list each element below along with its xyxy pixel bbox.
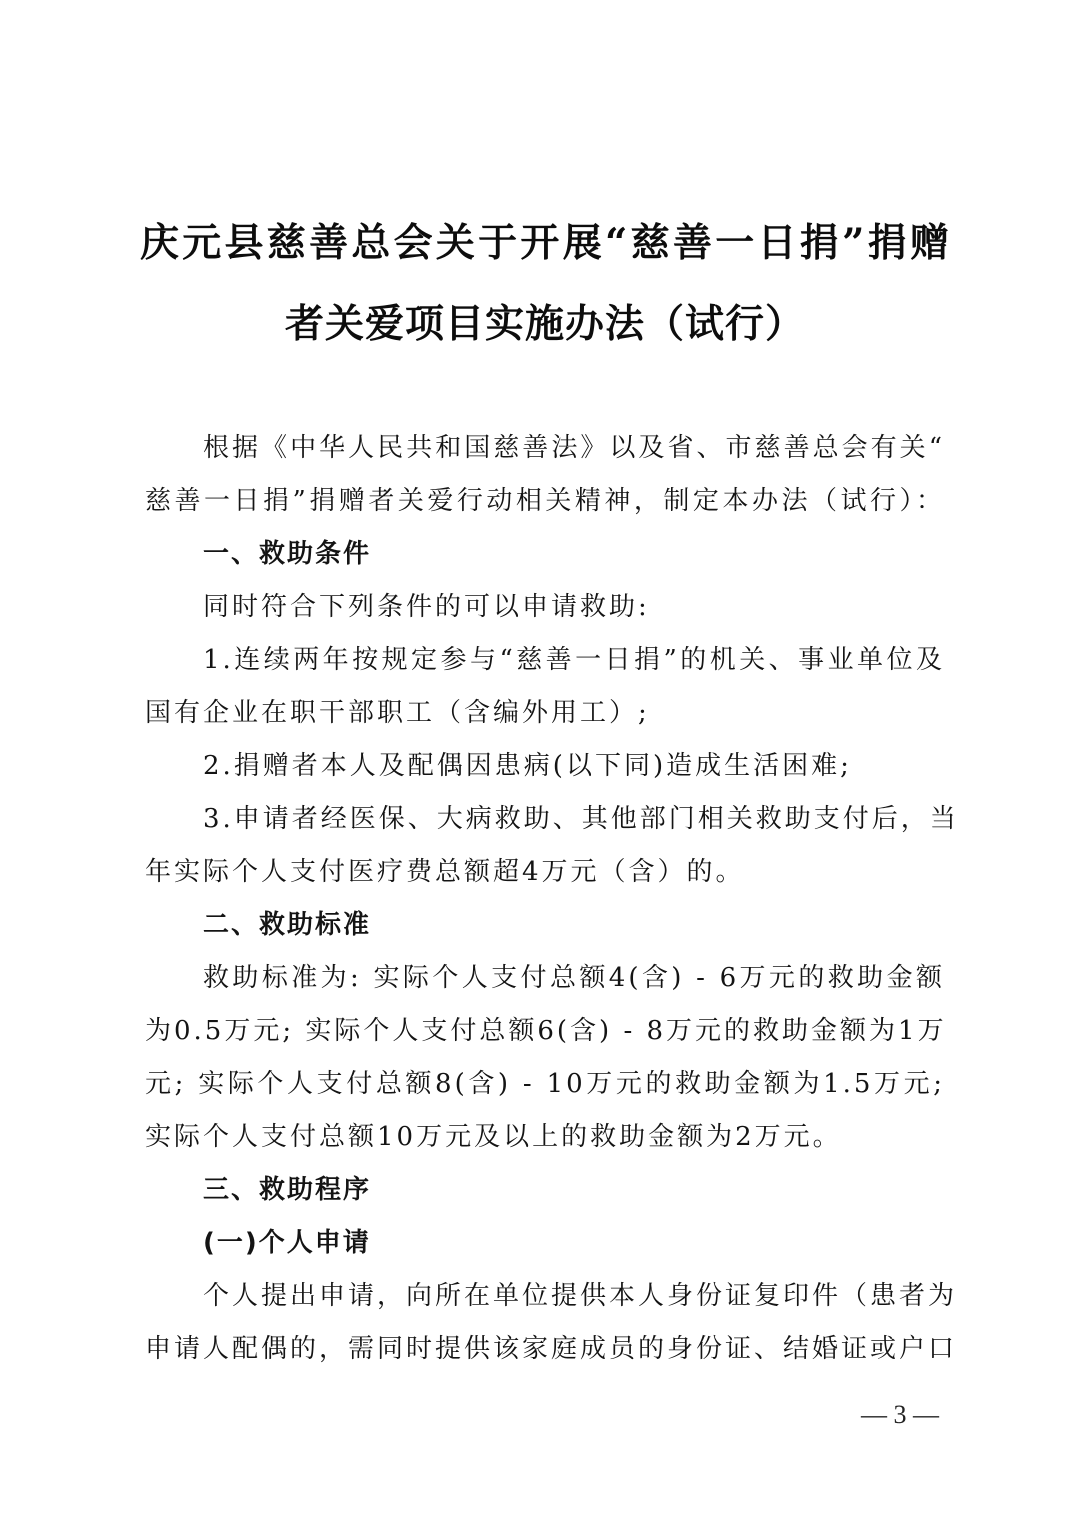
document-page: 庆元县慈善总会关于开展“慈善一日捐”捐赠 者关爱项目实施办法（试行） 根据《中华… <box>0 0 1080 1527</box>
section-3-subheading: (一)个人申请 <box>203 1223 945 1263</box>
document-title-line-2: 者关爱项目实施办法（试行） <box>140 293 950 349</box>
section-2-heading: 二、救助标准 <box>203 905 945 945</box>
condition-1-line-2: 国有企业在职干部职工（含编外用工）; <box>145 693 945 733</box>
section-1-heading: 一、救助条件 <box>203 534 945 574</box>
condition-1-line-1: 1.连续两年按规定参与“慈善一日捐”的机关、事业单位及 <box>203 640 945 680</box>
intro-line-1: 根据《中华人民共和国慈善法》以及省、市慈善总会有关“ <box>203 428 945 468</box>
section-1-lead: 同时符合下列条件的可以申请救助: <box>203 587 945 627</box>
condition-3-line-1: 3.申请者经医保、大病救助、其他部门相关救助支付后，当 <box>203 799 945 839</box>
intro-line-2: 慈善一日捐”捐赠者关爱行动相关精神，制定本办法（试行）： <box>145 481 945 521</box>
document-title-line-1: 庆元县慈善总会关于开展“慈善一日捐”捐赠 <box>140 212 950 268</box>
standard-line-4: 实际个人支付总额10万元及以上的救助金额为2万元。 <box>145 1117 945 1157</box>
procedure-line-2: 申请人配偶的，需同时提供该家庭成员的身份证、结婚证或户口 <box>145 1329 945 1369</box>
page-number: — 3 — <box>855 1400 945 1430</box>
condition-3-line-2: 年实际个人支付医疗费总额超4万元（含）的。 <box>145 852 945 892</box>
standard-line-3: 元; 实际个人支付总额8(含) - 10万元的救助金额为1.5万元; <box>145 1064 945 1104</box>
standard-line-2: 为0.5万元; 实际个人支付总额6(含) - 8万元的救助金额为1万 <box>145 1011 945 1051</box>
section-3-heading: 三、救助程序 <box>203 1170 945 1210</box>
condition-2: 2.捐赠者本人及配偶因患病(以下同)造成生活困难; <box>203 746 945 786</box>
procedure-line-1: 个人提出申请，向所在单位提供本人身份证复印件（患者为 <box>203 1276 945 1316</box>
standard-line-1: 救助标准为: 实际个人支付总额4(含) - 6万元的救助金额 <box>203 958 945 998</box>
